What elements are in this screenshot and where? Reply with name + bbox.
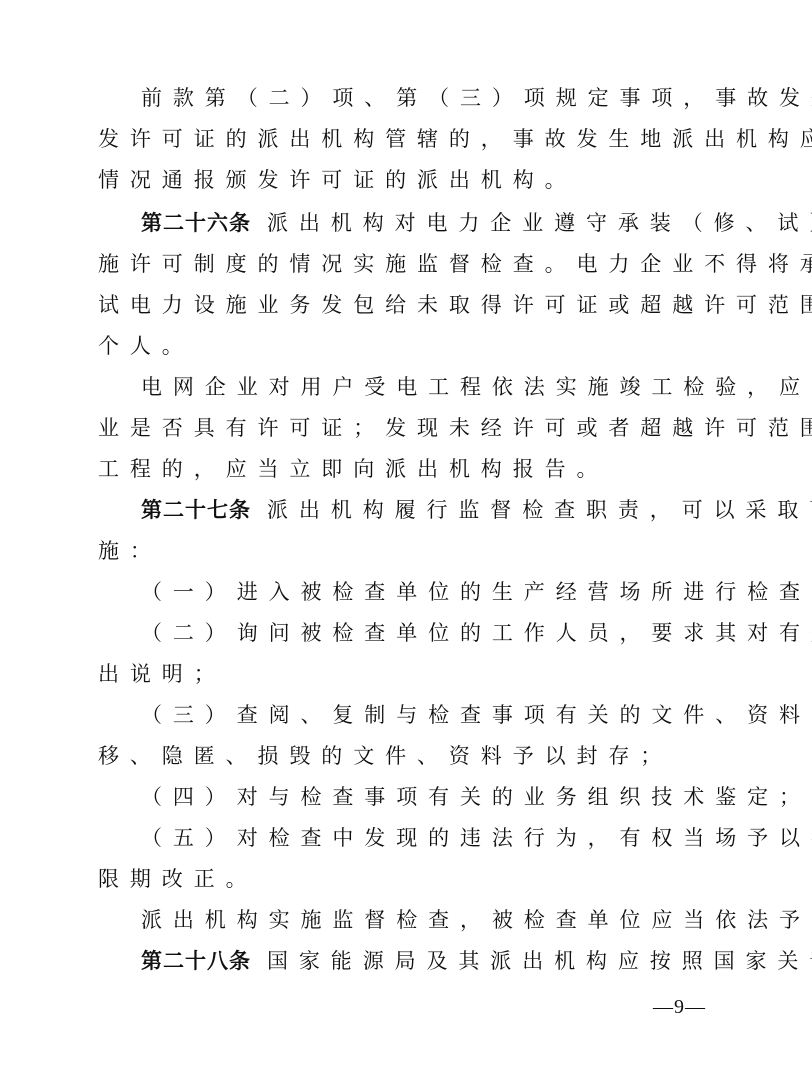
article-text: 派出机构履行监督检查职责，可以采取下列措: [267, 498, 812, 522]
article-26: 第二十六条派出机构对电力企业遵守承装（修、试）电力设 施许可制度的情况实施监督检…: [98, 203, 708, 367]
article-label: 第二十八条: [141, 949, 251, 973]
text-line: 试电力设施业务发包给未取得许可证或超越许可范围的单位或者: [98, 285, 708, 326]
text-line: 施许可制度的情况实施监督检查。电力企业不得将承装、承修、承: [98, 244, 708, 285]
text-line: 第二十七条派出机构履行监督检查职责，可以采取下列措: [98, 490, 708, 531]
article-28: 第二十八条国家能源局及其派出机构应按照国家关于加快: [98, 941, 708, 982]
list-item-3: （三）查阅、复制与检查事项有关的文件、资料，对可能被转 移、隐匿、损毁的文件、资…: [98, 695, 708, 777]
document-page: 前款第（二）项、第（三）项规定事项，事故发生地不属于颁 发许可证的派出机构管辖的…: [98, 78, 708, 982]
list-item-2: （二）询问被检查单位的工作人员，要求其对有关检查事项作 出说明；: [98, 613, 708, 695]
article-27: 第二十七条派出机构履行监督检查职责，可以采取下列措 施：: [98, 490, 708, 572]
text-line: 出说明；: [98, 654, 708, 695]
text-line: 第二十六条派出机构对电力企业遵守承装（修、试）电力设: [98, 203, 708, 244]
text-line: 限期改正。: [98, 859, 708, 900]
text-line: 第二十八条国家能源局及其派出机构应按照国家关于加快: [98, 941, 708, 982]
text-line: 发许可证的派出机构管辖的，事故发生地派出机构应当及时将有关: [98, 119, 708, 160]
text-line: 工程的，应当立即向派出机构报告。: [98, 449, 708, 490]
paragraph-cooperation: 派出机构实施监督检查，被检查单位应当依法予以配合。: [98, 900, 708, 941]
list-item-4: （四）对与检查事项有关的业务组织技术鉴定；: [98, 777, 708, 818]
text-line: （二）询问被检查单位的工作人员，要求其对有关检查事项作: [98, 613, 708, 654]
text-line: 个人。: [98, 326, 708, 367]
text-line: 前款第（二）项、第（三）项规定事项，事故发生地不属于颁: [98, 78, 708, 119]
text-line: 业是否具有许可证；发现未经许可或者超越许可范围承揽用户受电: [98, 408, 708, 449]
text-line: （一）进入被检查单位的生产经营场所进行检查；: [98, 572, 708, 613]
article-text: 国家能源局及其派出机构应按照国家关于加快: [267, 949, 812, 973]
text-line: 施：: [98, 531, 708, 572]
article-text: 派出机构对电力企业遵守承装（修、试）电力设: [267, 211, 812, 235]
paragraph-grid-enterprise: 电网企业对用户受电工程依法实施竣工检验，应当查验施工企 业是否具有许可证；发现未…: [98, 367, 708, 490]
page-number: —9—: [653, 996, 706, 1019]
paragraph-continuation: 前款第（二）项、第（三）项规定事项，事故发生地不属于颁 发许可证的派出机构管辖的…: [98, 78, 708, 201]
article-label: 第二十七条: [141, 498, 251, 522]
text-line: （五）对检查中发现的违法行为，有权当场予以纠正或者要求: [98, 818, 708, 859]
list-item-1: （一）进入被检查单位的生产经营场所进行检查；: [98, 572, 708, 613]
text-line: （三）查阅、复制与检查事项有关的文件、资料，对可能被转: [98, 695, 708, 736]
article-label: 第二十六条: [141, 211, 251, 235]
text-line: 电网企业对用户受电工程依法实施竣工检验，应当查验施工企: [98, 367, 708, 408]
list-item-5: （五）对检查中发现的违法行为，有权当场予以纠正或者要求 限期改正。: [98, 818, 708, 900]
text-line: 情况通报颁发许可证的派出机构。: [98, 160, 708, 201]
text-line: 派出机构实施监督检查，被检查单位应当依法予以配合。: [98, 900, 708, 941]
text-line: 移、隐匿、损毁的文件、资料予以封存；: [98, 736, 708, 777]
text-line: （四）对与检查事项有关的业务组织技术鉴定；: [98, 777, 708, 818]
